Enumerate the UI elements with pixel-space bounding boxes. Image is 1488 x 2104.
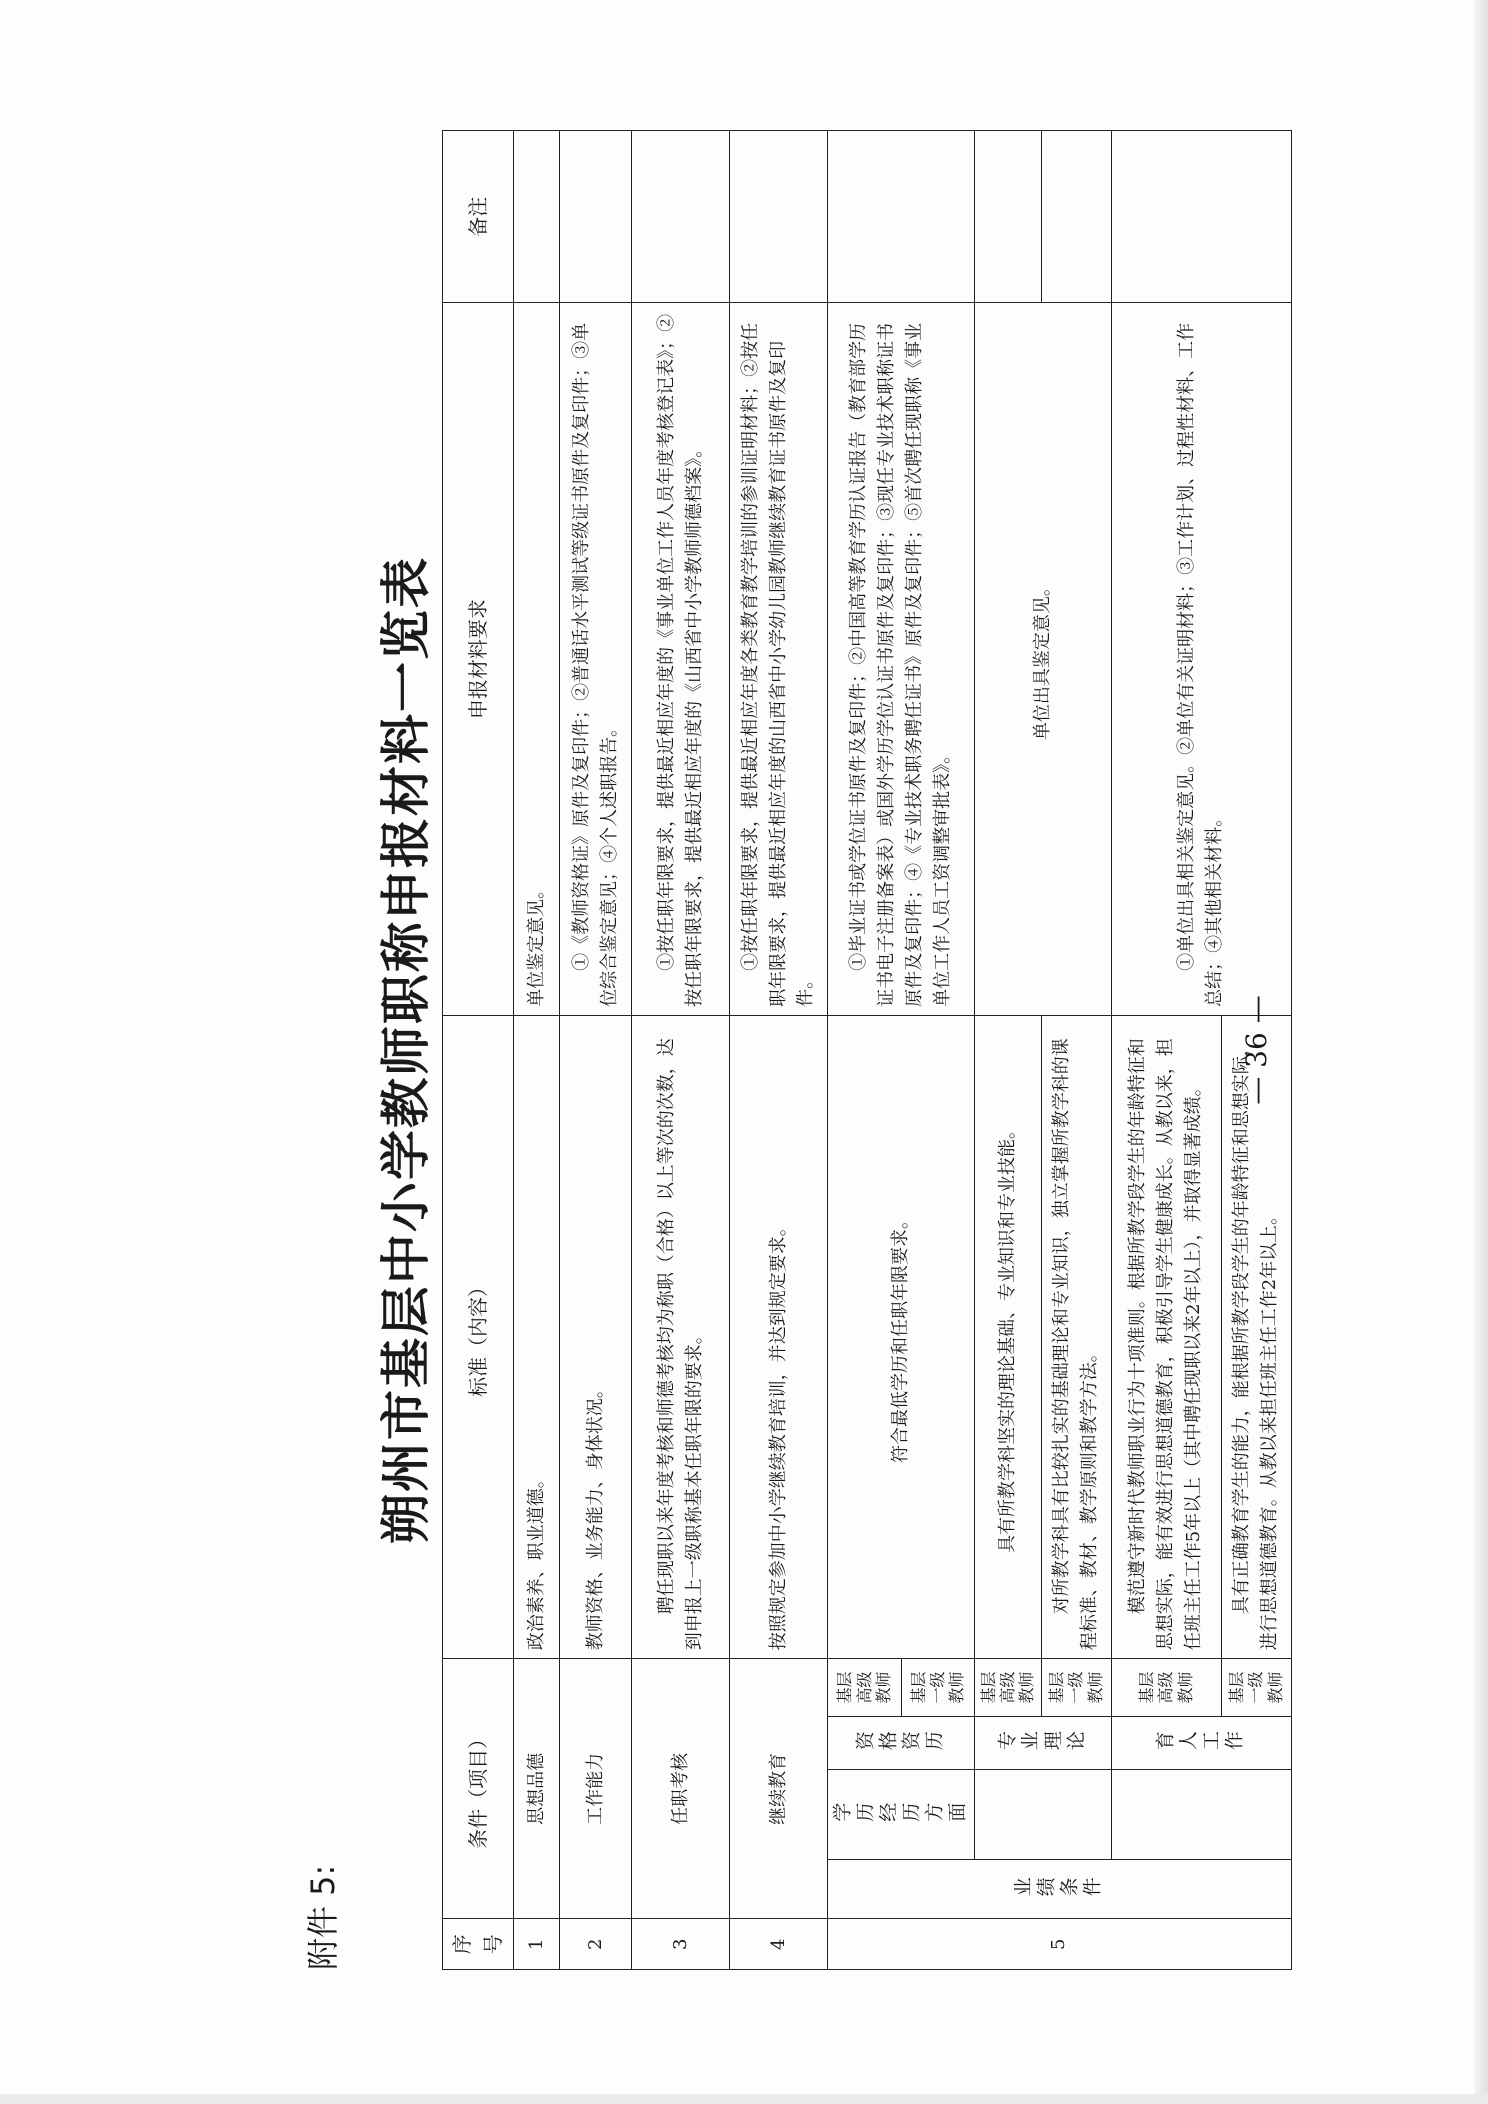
header-condition: 条件（项目） (443, 1659, 514, 1919)
row-remarks (828, 131, 975, 303)
page-number: — 36 — (1240, 100, 1273, 2000)
header-remarks: 备注 (443, 131, 514, 303)
row-condition: 任职考核 (632, 1659, 730, 1919)
subgroup-label: 学历经历方面 (828, 1770, 975, 1860)
level-label: 基层高级教师 (1111, 1659, 1221, 1716)
scan-edge (1474, 0, 1488, 2104)
row-standard: 政治素养、职业道德。 (514, 1015, 560, 1658)
header-standard: 标准（内容） (443, 1015, 514, 1658)
row-condition: 继续教育 (730, 1659, 828, 1919)
header-materials: 申报材料要求 (443, 303, 514, 1015)
row-no: 2 (560, 1919, 632, 1970)
row-materials: ①按任职年限要求，提供最近相应年度各类教育教学培训的参训证明材料；②按任职年限要… (730, 303, 828, 1015)
row-remarks (975, 131, 1042, 303)
row-no: 4 (730, 1919, 828, 1970)
row-remarks (1041, 131, 1111, 303)
row-materials: ①按任职年限要求，提供最近相应年度的《事业单位工作人员年度考核登记表》；②按任职… (632, 303, 730, 1015)
level-label: 基层高级教师 (975, 1659, 1042, 1716)
row-standard: 模范遵守新时代教师职业行为十项准则。根据所教学段学生的年龄特征和思想实际，能有效… (1111, 1015, 1221, 1658)
table-row: 3 任职考核 聘任现职以来年度考核和师德考核均为称职（合格）以上等次的次数，达到… (632, 131, 730, 1970)
item-label: 资格资历 (828, 1716, 975, 1769)
row-standard: 具有所教学科坚实的理论基础、专业知识和专业技能。 (975, 1015, 1042, 1658)
row-standard: 聘任现职以来年度考核和师德考核均为称职（合格）以上等次的次数，达到申报上一级职称… (632, 1015, 730, 1658)
row-standard: 对所教学科具有比较扎实的基础理论和专业知识，独立掌握所教学科的课程标准、教材、教… (1041, 1015, 1111, 1658)
row-standard: 教师资格、业务能力、身体状况。 (560, 1015, 632, 1658)
row-materials: 单位鉴定意见。 (514, 303, 560, 1015)
level-label: 基层高级教师 (828, 1659, 902, 1716)
scan-edge-bottom (0, 2094, 1488, 2104)
row-remarks (514, 131, 560, 303)
attachment-label: 附件 5: (298, 1865, 344, 1970)
row-condition: 工作能力 (560, 1659, 632, 1919)
table-row: 1 思想品德 政治素养、职业道德。 单位鉴定意见。 (514, 131, 560, 1970)
row-no: 5 (828, 1919, 1292, 1970)
item-label: 专业理论 (975, 1716, 1112, 1769)
row-materials: 单位出具鉴定意见。 (975, 303, 1112, 1015)
row-standard: 符合最低学历和任职年限要求。 (828, 1015, 975, 1658)
row-condition: 思想品德 (514, 1659, 560, 1919)
materials-table: 序号 条件（项目） 标准（内容） 申报材料要求 备注 1 思想品德 政治素养、职… (442, 130, 1292, 1970)
table-header-row: 序号 条件（项目） 标准（内容） 申报材料要求 备注 (443, 131, 514, 1970)
row-remarks (730, 131, 828, 303)
row-no: 1 (514, 1919, 560, 1970)
row-standard: 按照规定参加中小学继续教育培训，并达到规定要求。 (730, 1015, 828, 1658)
table-row: 2 工作能力 教师资格、业务能力、身体状况。 ①《教师资格证》原件及复印件；②普… (560, 131, 632, 1970)
table-row: 育人工作 基层高级教师 模范遵守新时代教师职业行为十项准则。根据所教学段学生的年… (1111, 131, 1221, 1970)
row-no: 3 (632, 1919, 730, 1970)
table-row: 4 继续教育 按照规定参加中小学继续教育培训，并达到规定要求。 ①按任职年限要求… (730, 131, 828, 1970)
row-materials: ①《教师资格证》原件及复印件；②普通话水平测试等级证书原件及复印件；③单位综合鉴… (560, 303, 632, 1015)
group-label: 业绩条件 (828, 1859, 1292, 1919)
table-row: 专业理论 基层高级教师 具有所教学科坚实的理论基础、专业知识和专业技能。 单位出… (975, 131, 1042, 1970)
table-row: 5 业绩条件 学历经历方面 资格资历 基层高级教师 符合最低学历和任职年限要求。… (828, 131, 902, 1970)
row-materials: ①毕业证书或学位证书原件及复印件；②中国高等教育学历认证报告（教育部学历证书电子… (828, 303, 975, 1015)
level-label: 基层一级教师 (1041, 1659, 1111, 1716)
page-title: 朔州市基层中小学教师职称申报材料一览表 (366, 100, 438, 2000)
row-remarks (632, 131, 730, 303)
header-no: 序号 (443, 1919, 514, 1970)
level-label: 基层一级教师 (901, 1659, 975, 1716)
row-remarks (560, 131, 632, 303)
document-page: 附件 5: 朔州市基层中小学教师职称申报材料一览表 序号 条件（项目） 标准（内… (190, 100, 1350, 2000)
